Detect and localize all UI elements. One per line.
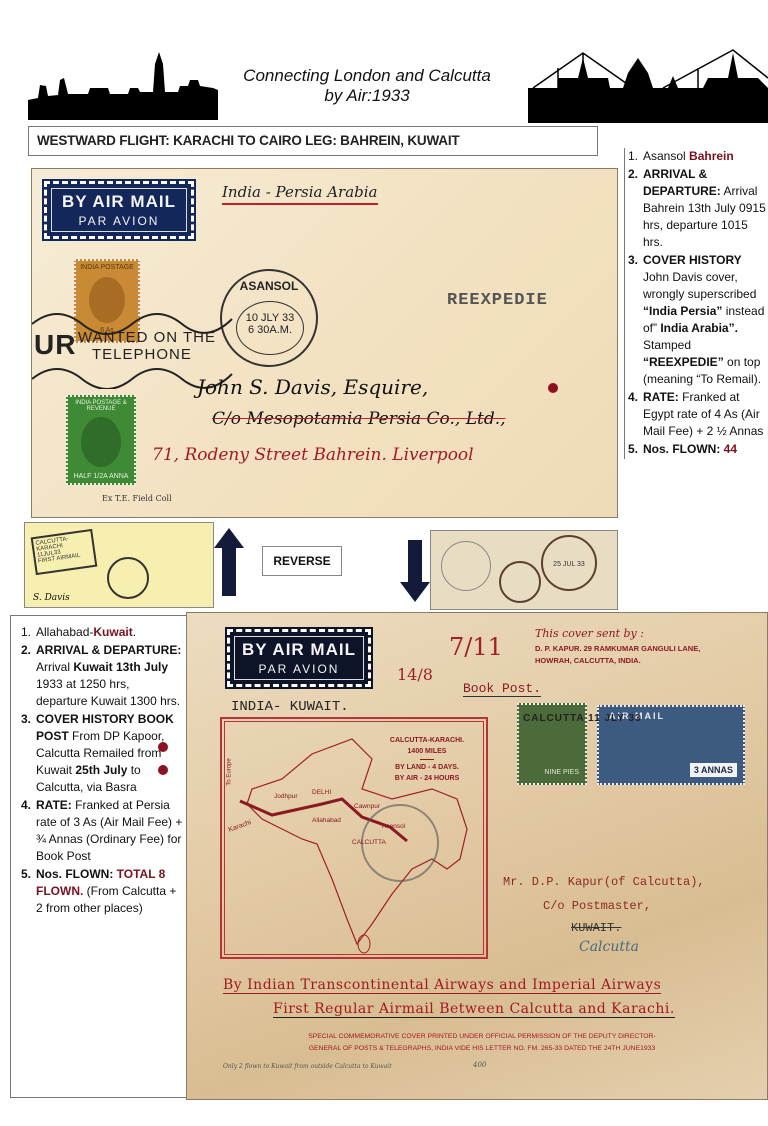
collection-footnote: Ex T.E. Field Coll [102,494,172,503]
note-text: ARRIVAL & DEPARTURE: [643,167,721,198]
recipient-calcutta-handwritten: Calcutta [579,939,639,955]
marker-dot [548,383,558,393]
marker-dot [158,742,168,752]
note-number: 1. [21,624,31,641]
calcutta-skyline-image [528,48,768,123]
note-text: 1933 at 1250 hrs, departure Kuwait 1300 … [36,677,180,708]
kuwait-note-item: 5.Nos. FLOWN: TOTAL 8 FLOWN. (From Calcu… [21,866,183,917]
wavy-cancel-lines [32,269,622,389]
reexpedie-stamp: REEXPEDIE [447,291,548,310]
recipient-line-1: Mr. D.P. Kapur(of Calcutta), [503,875,705,889]
note-number: 2. [628,166,638,183]
arrow-up-icon [222,546,236,596]
pencil-note: Only 2 flown to Kuwait from outside Calc… [223,1063,392,1070]
reverse-label: REVERSE [262,546,342,576]
pencil-number-2: 7/11 [449,633,503,661]
note-number: 3. [21,711,31,728]
note-number: 5. [628,441,638,458]
london-skyline-image [28,50,218,120]
sender-address: D. P. KAPUR. 29 RAMKUMAR GANGULI LANE, H… [535,643,700,667]
note-number: 4. [21,797,31,814]
note-text: India Arabia”. [660,321,738,335]
note-text: John Davis cover, wrongly superscribed [643,270,756,301]
note-text: COVER HISTORY [643,253,742,267]
permission-text: SPECIAL COMMEMORATIVE COVER PRINTED UNDE… [207,1031,757,1055]
pencil-number-1: 14/8 [397,665,433,684]
calcutta-machine-cancel: CALCUTTA 11 JLY 33 [523,713,643,724]
note-text: Arrival [36,660,73,674]
route-map: CALCUTTA-KARACHI. 1400 MILES BY LAND - 4… [220,717,488,959]
bahrein-notes: 1.Asansol Bahrein2.ARRIVAL & DEPARTURE: … [624,148,768,459]
cover-bahrein: BY AIR MAIL PAR AVION India - Persia Ara… [31,168,618,518]
note-number: 5. [21,866,31,883]
note-text: Asansol [643,149,689,163]
arrow-up-head [214,528,244,548]
note-text: Allahabad- [36,625,93,639]
book-post-label: Book Post. [463,681,541,697]
route-typed: INDIA- KUWAIT. [231,699,349,715]
airmail-label: BY AIR MAIL PAR AVION [44,181,194,239]
note-text: Kuwait 13th July [73,660,168,674]
banner-line-1: By Indian Transcontinental Airways and I… [223,977,661,994]
kuwait-notes: 1.Allahabad-Kuwait.2.ARRIVAL & DEPARTURE… [10,615,190,1098]
recipient-line-2: C/o Postmaster, [543,899,651,913]
airmail-label: BY AIR MAIL PAR AVION [227,629,371,687]
bahrein-note-item: 3.COVER HISTORY John Davis cover, wrongl… [628,252,768,388]
note-text: Bahrein [689,149,734,163]
banner-line-2: First Regular Airmail Between Calcutta a… [273,1001,675,1018]
note-text: Kuwait [93,625,132,639]
pencil-price: 400 [473,1061,486,1069]
bahrein-note-item: 5.Nos. FLOWN: 44 [628,441,768,458]
kuwait-note-item: 3.COVER HISTORY BOOK POST From DP Kapoor… [21,711,183,796]
arrow-down-icon [408,540,422,584]
note-text: ARRIVAL & DEPARTURE: [36,643,181,657]
note-text: Stamped [643,338,691,352]
note-number: 4. [628,389,638,406]
section-title: WESTWARD FLIGHT: KARACHI TO CAIRO LEG: B… [28,126,598,156]
note-text: “India Persia” [643,304,722,318]
page-title: Connecting London and Calcutta by Air:19… [222,66,512,106]
recipient-line-3: KUWAIT. [571,921,621,935]
note-text: RATE: [643,390,679,404]
note-text: 25th July [75,763,127,777]
marker-dot [158,765,168,775]
kuwait-note-item: 1.Allahabad-Kuwait. [21,624,183,641]
note-text: Nos. FLOWN: [36,867,117,881]
note-number: 2. [21,642,31,659]
reverse-thumbnail-right: 25 JUL 33 [430,530,618,610]
note-number: 3. [628,252,638,269]
arrow-down-head [400,582,430,602]
superscription: India - Persia Arabia [222,183,378,205]
sender-heading: This cover sent by : [535,627,644,640]
bahrein-note-item: 1.Asansol Bahrein [628,148,768,165]
note-text: Nos. FLOWN: [643,442,724,456]
kuwait-note-item: 4.RATE: Franked at Persia rate of 3 As (… [21,797,183,865]
bahrein-note-item: 2.ARRIVAL & DEPARTURE: Arrival Bahrein 1… [628,166,768,251]
note-text: 44 [724,442,737,456]
stamp-half-anna: INDIA POSTAGE & REVENUE HALF 1/2A ANNA [66,395,136,485]
note-text: “REEXPEDIE” [643,355,724,369]
note-text: . [133,625,136,639]
note-number: 1. [628,148,638,165]
note-text: RATE: [36,798,72,812]
kuwait-note-item: 2.ARRIVAL & DEPARTURE: Arrival Kuwait 13… [21,642,183,710]
reverse-thumbnail-left: CALCUTTA-KARACHI 11JUL33 FIRST AIRMAIL S… [24,522,214,608]
bahrein-note-item: 4.RATE: Franked at Egypt rate of 4 As (A… [628,389,768,440]
